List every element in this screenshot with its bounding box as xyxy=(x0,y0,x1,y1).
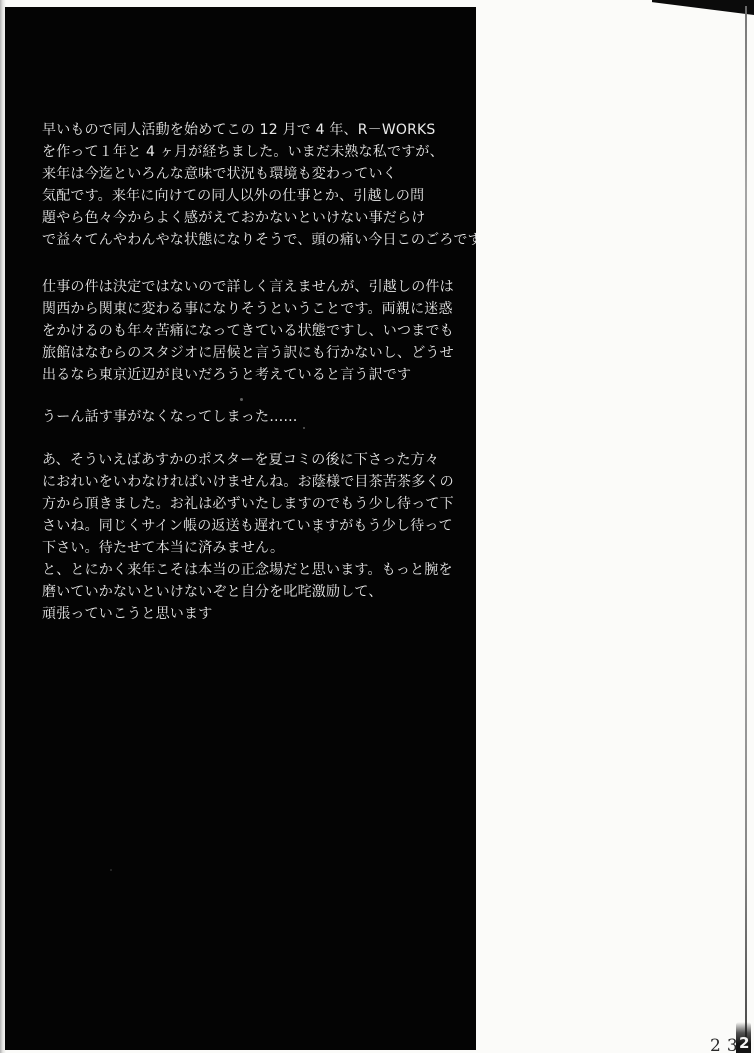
afterword-line: 仕事の件は決定ではないので詳しく言えませんが、引越しの件は xyxy=(42,276,470,298)
afterword-text: 早いもので同人活動を始めてこの 12 月で 4 年、R－WORKS を作って１年… xyxy=(42,119,470,625)
afterword-line: あ、そういえばあすかのポスターを夏コミの後に下さった方々 xyxy=(42,449,470,471)
afterword-paragraph: 早いもので同人活動を始めてこの 12 月で 4 年、R－WORKS を作って１年… xyxy=(42,119,470,251)
afterword-line: うーん話す事がなくなってしまった…… xyxy=(42,406,470,428)
afterword-line: 関西から関東に変わる事になりそうということです。両親に迷惑 xyxy=(42,298,470,320)
scan-noise-speck xyxy=(240,398,243,401)
afterword-line: 方から頂きました。お礼は必ずいたしますのでもう少し待って下 xyxy=(42,493,470,515)
afterword-line: で益々てんやわんやな状態になりそうで、頭の痛い今日このごろです。 xyxy=(42,229,470,251)
afterword-line: と、とにかく来年こそは本当の正念場だと思います。もっと腕を xyxy=(42,559,470,581)
afterword-line: 気配です。来年に向けての同人以外の仕事とか、引越しの問 xyxy=(42,185,470,207)
afterword-line: さいね。同じくサイン帳の返送も遅れていますがもう少し待って xyxy=(42,515,470,537)
scanned-document-page: { "afterword": { "paragraphs": [ { "line… xyxy=(0,0,754,1053)
scan-noise-speck xyxy=(317,531,319,533)
afterword-line: 来年は今迄といろんな意味で状況も環境も変わっていく xyxy=(42,163,470,185)
afterword-line: 旅館はなむらのスタジオに居候と言う訳にも行かないし、どうせ xyxy=(42,342,470,364)
afterword-line: を作って１年と 4 ヶ月が経ちました。いまだ未熟な私ですが、 xyxy=(42,141,470,163)
afterword-line: 頑張っていこうと思います xyxy=(42,603,470,625)
afterword-line: 磨いていかないといけないぞと自分を叱咤激励して、 xyxy=(42,581,470,603)
afterword-page: 早いもので同人活動を始めてこの 12 月で 4 年、R－WORKS を作って１年… xyxy=(5,7,476,1050)
afterword-line: をかけるのも年々苦痛になってきている状態ですし、いつまでも xyxy=(42,320,470,342)
afterword-line: 題やら色々今からよく感がえておかないといけない事だらけ xyxy=(42,207,470,229)
facing-page-corner-wedge xyxy=(652,0,754,15)
afterword-line: 早いもので同人活動を始めてこの 12 月で 4 年、R－WORKS xyxy=(42,119,470,141)
afterword-paragraph: うーん話す事がなくなってしまった…… xyxy=(42,406,470,428)
afterword-paragraph: あ、そういえばあすかのポスターを夏コミの後に下さった方々 におれいをいわなければ… xyxy=(42,449,470,625)
afterword-line: におれいをいわなければいけませんね。お蔭様で目茶苦茶多くの xyxy=(42,471,470,493)
afterword-line: 出るなら東京近辺が良いだろうと考えていると言う訳です xyxy=(42,364,470,386)
scan-noise-speck xyxy=(303,427,305,429)
scan-noise-speck xyxy=(110,869,112,871)
page-edge-line xyxy=(745,6,747,1053)
afterword-line: 下さい。待たせて本当に済みません。 xyxy=(42,537,470,559)
afterword-paragraph: 仕事の件は決定ではないので詳しく言えませんが、引越しの件は 関西から関東に変わる… xyxy=(42,276,470,386)
page-number-on-edge: 2 xyxy=(739,1034,749,1052)
